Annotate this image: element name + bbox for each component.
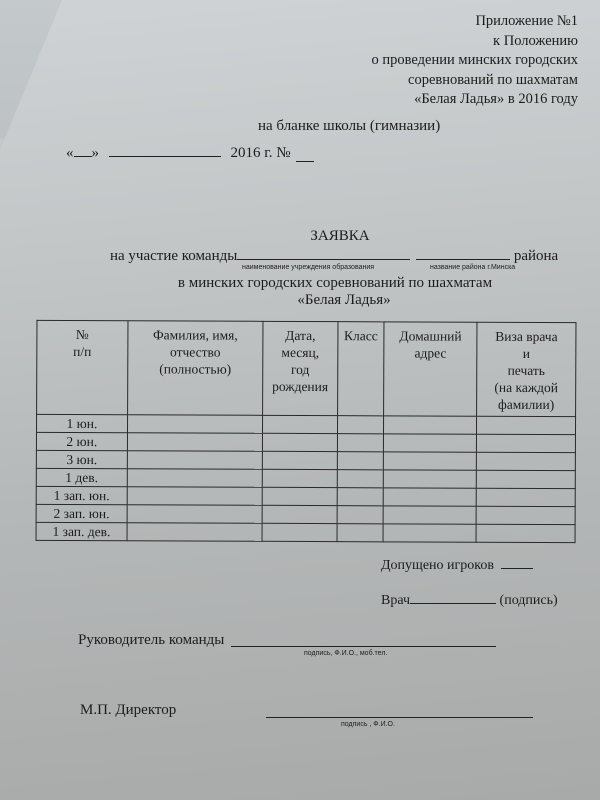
grade-cell[interactable] [337, 488, 383, 506]
header-full-name: Фамилия, имя, отчество (полностью) [127, 321, 263, 416]
quote-open: « [66, 145, 74, 161]
birth-date-cell[interactable] [262, 523, 337, 541]
institution-field[interactable] [237, 245, 410, 260]
header-doctor-visa: Виза врача и печать (на каждой фамилии) [477, 322, 576, 416]
header-text: Дата, [265, 327, 335, 344]
district-hint: название района г.Минска [430, 264, 515, 271]
address-cell[interactable] [383, 470, 476, 488]
director-signature-field[interactable] [266, 717, 533, 718]
header-text: год [265, 361, 335, 378]
address-cell[interactable] [383, 488, 476, 506]
table-header-row: № п/п Фамилия, имя, отчество (полностью)… [37, 320, 576, 416]
birth-date-cell[interactable] [263, 415, 338, 433]
doctor-visa-cell[interactable] [476, 506, 575, 524]
row-label: 1 зап. дев. [36, 522, 127, 540]
team-suffix: района [514, 248, 558, 264]
team-line: на участие команды района [110, 245, 558, 265]
birth-date-cell[interactable] [262, 487, 337, 505]
row-label: 3 юн. [36, 450, 127, 468]
director-hint: подпись , Ф.И.О. [341, 721, 395, 728]
full-name-cell[interactable] [127, 505, 262, 524]
admitted-label: Допущено игроков [381, 558, 494, 573]
grade-cell[interactable] [337, 434, 383, 452]
team-leader-label: Руководитель команды [78, 632, 224, 649]
address-cell[interactable] [384, 452, 477, 470]
date-line: «» 2016 г. № [66, 145, 314, 162]
doctor-suffix: (подпись) [500, 593, 558, 608]
competition-line-2: «Белая Ладья» [70, 292, 600, 309]
letterhead-note: на бланке школы (гимназии) [258, 118, 440, 135]
year-text: 2016 г. № [231, 145, 291, 161]
header-text: фамилии) [479, 396, 573, 413]
day-field[interactable] [74, 156, 92, 157]
table-row: 2 юн. [36, 432, 575, 452]
full-name-cell[interactable] [127, 523, 262, 542]
doctor-visa-cell[interactable] [476, 524, 575, 542]
address-cell[interactable] [383, 506, 476, 524]
row-label: 1 юн. [36, 414, 127, 432]
appendix-line: Приложение №1 [372, 12, 578, 32]
header-birth-date: Дата, месяц, год рождения [263, 321, 338, 415]
doctor-signature: Врач (подпись) [381, 591, 558, 609]
appendix-header: Приложение №1 к Положению о проведении м… [372, 12, 578, 110]
admitted-count-field[interactable] [501, 556, 533, 569]
grade-cell[interactable] [337, 524, 383, 542]
table-row: 2 зап. юн. [36, 504, 575, 524]
header-number: № п/п [37, 320, 128, 414]
table-row: 3 юн. [36, 450, 575, 470]
table-row: 1 юн. [36, 414, 575, 434]
header-text: п/п [39, 343, 125, 360]
row-label: 2 зап. юн. [36, 504, 127, 522]
appendix-line: «Белая Ладья» в 2016 году [372, 90, 578, 110]
doctor-visa-cell[interactable] [477, 416, 576, 434]
header-text: и [479, 345, 573, 362]
header-text: адрес [386, 344, 474, 361]
header-home-address: Домашний адрес [384, 322, 477, 416]
address-cell[interactable] [384, 416, 477, 434]
appendix-line: о проведении минских городских [372, 51, 578, 71]
birth-date-cell[interactable] [262, 469, 337, 487]
birth-date-cell[interactable] [262, 433, 337, 451]
full-name-cell[interactable] [127, 415, 262, 434]
form-page: Приложение №1 к Положению о проведении м… [0, 0, 600, 800]
appendix-line: к Положению [372, 32, 578, 52]
row-label: 2 юн. [36, 432, 127, 450]
row-label: 1 дев. [36, 468, 127, 486]
quote-close: » [92, 145, 100, 161]
registration-table: № п/п Фамилия, имя, отчество (полностью)… [36, 320, 577, 543]
month-field[interactable] [109, 156, 221, 157]
address-cell[interactable] [383, 524, 476, 542]
full-name-cell[interactable] [127, 487, 262, 506]
birth-date-cell[interactable] [262, 451, 337, 469]
header-text: месяц, [265, 344, 335, 361]
grade-cell[interactable] [337, 506, 383, 524]
institution-hint: наименование учреждения образования [242, 264, 374, 271]
row-label: 1 зап. юн. [36, 486, 127, 504]
header-text: Фамилия, имя, [130, 326, 260, 344]
full-name-cell[interactable] [127, 433, 262, 452]
header-text: отчество [130, 343, 260, 361]
director-label: М.П. Директор [80, 702, 176, 719]
doctor-visa-cell[interactable] [476, 452, 575, 470]
team-leader-signature-field[interactable] [231, 646, 496, 647]
table-row: 1 зап. юн. [36, 486, 575, 506]
header-grade: Класс [337, 322, 384, 416]
admitted-players: Допущено игроков [381, 556, 533, 574]
header-text: Класс [340, 327, 381, 344]
header-text: печать [479, 362, 573, 379]
table-row: 1 зап. дев. [36, 522, 575, 542]
table-row: 1 дев. [36, 468, 575, 488]
team-prefix: на участие команды [110, 248, 237, 264]
grade-cell[interactable] [337, 416, 383, 434]
doctor-signature-field[interactable] [410, 591, 496, 604]
header-text: Домашний [387, 327, 475, 344]
number-field[interactable] [296, 161, 314, 162]
header-text: рождения [265, 378, 335, 395]
competition-name: в минских городских соревнований по шахм… [0, 275, 600, 309]
appendix-line: соревнований по шахматам [372, 71, 578, 91]
competition-line-1: в минских городских соревнований по шахм… [70, 275, 600, 292]
grade-cell[interactable] [337, 470, 383, 488]
doctor-visa-cell[interactable] [476, 488, 575, 506]
header-text: Виза врача [479, 328, 573, 345]
address-cell[interactable] [384, 434, 477, 452]
district-field[interactable] [416, 245, 510, 260]
header-text: (полностью) [130, 360, 260, 378]
full-name-cell[interactable] [127, 451, 262, 470]
doctor-visa-cell[interactable] [476, 470, 575, 488]
document-title: ЗАЯВКА [0, 228, 600, 245]
header-text: (на каждой [479, 379, 573, 396]
doctor-visa-cell[interactable] [476, 434, 575, 452]
doctor-label: Врач [381, 593, 410, 608]
header-text: № [39, 326, 125, 343]
birth-date-cell[interactable] [262, 505, 337, 523]
team-leader-hint: подпись, Ф.И.О., моб.тел. [304, 650, 387, 657]
grade-cell[interactable] [337, 452, 383, 470]
full-name-cell[interactable] [127, 469, 262, 488]
